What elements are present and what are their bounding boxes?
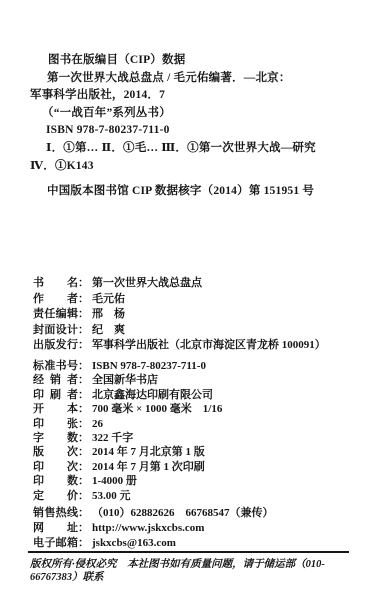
label-colon: ： xyxy=(78,307,89,323)
info-row-label: 字数 xyxy=(33,431,78,445)
info-row-sheets: 印张：26 xyxy=(33,417,363,431)
info-row-label: 网址 xyxy=(33,521,78,536)
label-colon: ： xyxy=(78,292,89,308)
info-row-value: ISBN 978-7-80237-711-0 xyxy=(92,359,206,373)
info-row-label: 出版发行 xyxy=(33,338,78,354)
info-row-value: 第一次世界大战总盘点 xyxy=(92,276,202,292)
info-row-wordcount: 字数：322 千字 xyxy=(33,431,363,445)
website-url: http://www.jskxcbs.com xyxy=(92,521,204,536)
info-row-value: 北京鑫海达印刷有限公司 xyxy=(92,388,213,402)
info-row-value: 纪 爽 xyxy=(92,323,125,339)
info-row-label: 印刷者 xyxy=(33,388,78,402)
info-row-label: 标准书号 xyxy=(33,359,78,373)
label-colon: ： xyxy=(78,276,89,292)
info-row-label: 封面设计 xyxy=(33,323,78,339)
info-row-impression: 印次：2014 年 7 月第 1 次印刷 xyxy=(33,460,363,474)
info-row-value: 邢 杨 xyxy=(92,307,125,323)
info-row-edition: 版次：2014 年 7 月北京第 1 版 xyxy=(33,445,363,459)
info-row-label: 印张 xyxy=(33,417,78,431)
cip-line-title: 第一次世界大战总盘点 / 毛元佑编著．—北京： xyxy=(30,70,352,88)
info-row-format: 开本：700 毫米 × 1000 毫米 1/16 xyxy=(33,402,363,416)
email-address: jskxcbs@163.com xyxy=(92,536,176,551)
label-colon: ： xyxy=(78,460,89,474)
info-row-editor: 责任编辑：邢 杨 xyxy=(33,307,363,323)
info-row-publisher: 出版发行：军事科学出版社（北京市海淀区青龙桥 100091） xyxy=(33,338,363,354)
label-colon: ： xyxy=(78,431,89,445)
cip-block: 图书在版编目（CIP）数据 第一次世界大战总盘点 / 毛元佑编著．—北京： 军事… xyxy=(30,52,352,201)
label-colon: ： xyxy=(78,323,89,339)
info-row-label: 作者 xyxy=(33,292,78,308)
cip-line-isbn: ISBN 978-7-80237-711-0 xyxy=(30,122,352,140)
info-row-label: 经销者 xyxy=(33,373,78,387)
label-colon: ： xyxy=(78,489,89,503)
label-colon: ： xyxy=(78,536,89,551)
info-row-title: 书名：第一次世界大战总盘点 xyxy=(33,276,363,292)
info-row-value: 2014 年 7 月北京第 1 版 xyxy=(92,445,205,459)
copyright-notice: 版权所有·侵权必究 本社图书如有质量问题，请于储运部（010-66767383）… xyxy=(30,558,362,584)
info-row-print-run: 印数：1-4000 册 xyxy=(33,474,363,488)
info-row-value: 1-4000 册 xyxy=(92,474,137,488)
label-colon: ： xyxy=(78,445,89,459)
info-row-value: 53.00 元 xyxy=(92,489,131,503)
info-row-isbn: 标准书号：ISBN 978-7-80237-711-0 xyxy=(33,359,363,373)
info-row-label: 开本 xyxy=(33,402,78,416)
cip-line-series: （“一战百年”系列丛书） xyxy=(30,105,352,123)
info-row-cover-design: 封面设计：纪 爽 xyxy=(33,323,363,339)
info-row-author: 作者：毛元佑 xyxy=(33,292,363,308)
info-row-value: 毛元佑 xyxy=(92,292,125,308)
info-row-printer: 印刷者：北京鑫海达印刷有限公司 xyxy=(33,388,363,402)
info-row-value: 2014 年 7 月第 1 次印刷 xyxy=(92,460,205,474)
info-row-value: 322 千字 xyxy=(92,431,133,445)
label-colon: ： xyxy=(78,402,89,416)
info-row-label: 销售热线 xyxy=(33,506,78,521)
info-row-label: 印次 xyxy=(33,460,78,474)
contact-row-hotline: 销售热线：（010）62882626 66768547（兼传） xyxy=(33,506,363,521)
book-info-section: 书名：第一次世界大战总盘点 作者：毛元佑 责任编辑：邢 杨 封面设计：纪 爽 出… xyxy=(33,276,363,354)
info-row-price: 定价：53.00 元 xyxy=(33,489,363,503)
info-row-label: 定价 xyxy=(33,489,78,503)
info-row-distributor: 经销者：全国新华书店 xyxy=(33,373,363,387)
footer-divider-line xyxy=(28,551,349,553)
label-colon: ： xyxy=(78,521,89,536)
cip-check-number: 中国版本图书馆 CIP 数据核字（2014）第 151951 号 xyxy=(30,183,352,201)
info-row-value: 26 xyxy=(92,417,103,431)
label-colon: ： xyxy=(78,417,89,431)
label-colon: ： xyxy=(78,338,89,354)
print-info-section: 标准书号：ISBN 978-7-80237-711-0 经销者：全国新华书店 印… xyxy=(33,359,363,503)
info-row-label: 责任编辑 xyxy=(33,307,78,323)
info-row-value: 全国新华书店 xyxy=(92,373,158,387)
label-colon: ： xyxy=(78,474,89,488)
label-colon: ： xyxy=(78,359,89,373)
contact-row-website: 网址：http://www.jskxcbs.com xyxy=(33,521,363,536)
contact-row-email: 电子邮箱：jskxcbs@163.com xyxy=(33,536,363,551)
cip-header: 图书在版编目（CIP）数据 xyxy=(30,52,352,70)
label-colon: ： xyxy=(78,388,89,402)
label-colon: ： xyxy=(78,373,89,387)
cip-line-index: Ⅰ．①第… Ⅱ．①毛… Ⅲ．①第一次世界大战—研究 xyxy=(30,140,352,158)
info-row-label: 电子邮箱 xyxy=(33,536,78,551)
label-colon: ： xyxy=(78,506,89,521)
info-row-label: 版次 xyxy=(33,445,78,459)
info-row-value: （010）62882626 66768547（兼传） xyxy=(92,506,274,521)
book-copyright-page: 图书在版编目（CIP）数据 第一次世界大战总盘点 / 毛元佑编著．—北京： 军事… xyxy=(0,0,375,611)
info-row-label: 书名 xyxy=(33,276,78,292)
info-row-value: 700 毫米 × 1000 毫米 1/16 xyxy=(92,402,222,416)
contact-section: 销售热线：（010）62882626 66768547（兼传） 网址：http:… xyxy=(33,506,363,550)
cip-line-publisher: 军事科学出版社，2014．7 xyxy=(30,87,352,105)
info-row-value: 军事科学出版社（北京市海淀区青龙桥 100091） xyxy=(92,338,326,354)
info-row-label: 印数 xyxy=(33,474,78,488)
cip-line-class: Ⅳ．①K143 xyxy=(30,158,352,176)
